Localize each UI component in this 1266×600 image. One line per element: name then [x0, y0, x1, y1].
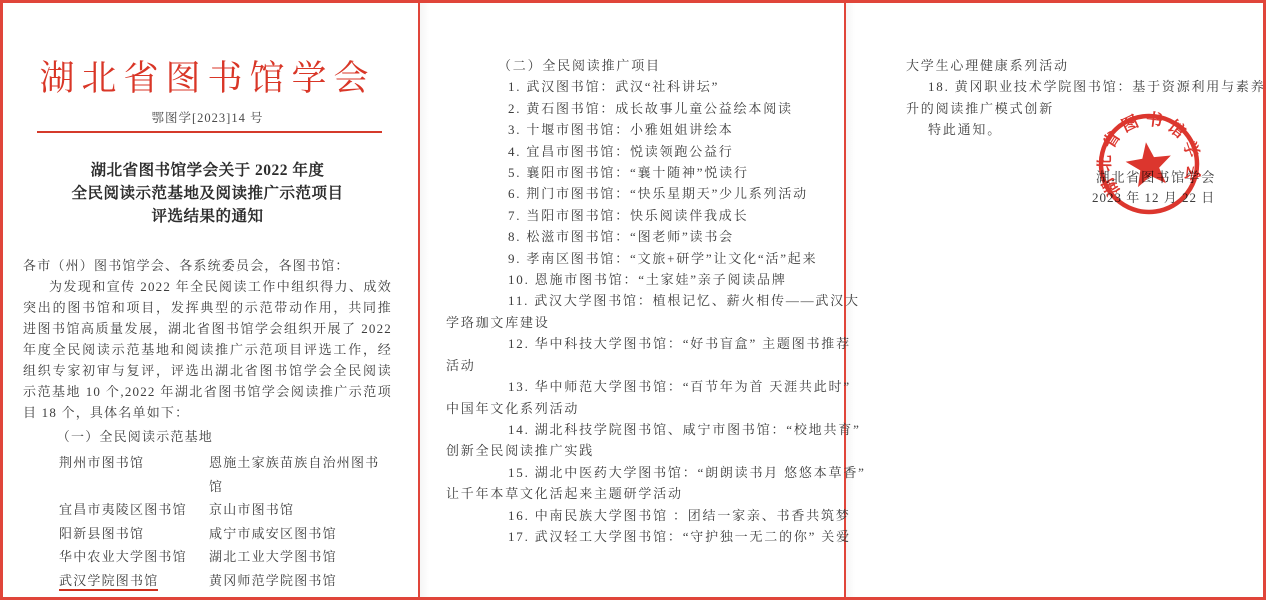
- project-line: 11. 武汉大学图书馆：植根记忆、薪火相传——武汉大: [446, 290, 822, 311]
- document-date: 2023 年 12 月 22 日: [906, 188, 1242, 208]
- base-row: 华中农业大学图书馆 湖北工业大学图书馆: [23, 545, 392, 569]
- closing-line: 特此通知。: [906, 119, 1242, 140]
- page-2: （二）全民阅读推广项目 1. 武汉图书馆：武汉“社科讲坛” 2. 黄石图书馆：成…: [420, 3, 844, 597]
- project-line-continuation: 创新全民阅读推广实践: [446, 440, 822, 461]
- project-line-continuation: 升的阅读推广模式创新: [906, 98, 1242, 119]
- base-name: 咸宁市咸安区图书馆: [209, 522, 392, 546]
- signature: 湖北省图书馆学会: [906, 168, 1242, 188]
- section-2-heading: （二）全民阅读推广项目: [446, 55, 822, 76]
- base-name: 京山市图书馆: [209, 498, 392, 522]
- project-line: 1. 武汉图书馆：武汉“社科讲坛”: [446, 76, 822, 97]
- base-name: 宜昌市夷陵区图书馆: [59, 498, 209, 522]
- project-line-continuation: 学珞珈文库建设: [446, 312, 822, 333]
- doc-number: 鄂图学[2023]14 号: [23, 108, 392, 126]
- base-row: 武汉学院图书馆 黄冈师范学院图书馆: [23, 569, 392, 593]
- section-1-heading: （一）全民阅读示范基地: [23, 426, 392, 448]
- base-name: 荆州市图书馆: [59, 451, 209, 498]
- highlighted-library: 武汉学院图书馆: [59, 569, 209, 593]
- project-line: 16. 中南民族大学图书馆 ：团结一家亲、书香共筑梦: [446, 505, 822, 526]
- project-line: 9. 孝南区图书馆：“文旅+研学”让文化“活”起来: [446, 248, 822, 269]
- base-row: 荆州市图书馆 恩施土家族苗族自治州图书馆: [23, 451, 392, 498]
- project-line: 2. 黄石图书馆：成长故事儿童公益绘本阅读: [446, 98, 822, 119]
- project-line: 12. 华中科技大学图书馆：“好书盲盒” 主题图书推荐: [446, 333, 822, 354]
- org-title: 湖北省图书馆学会: [23, 51, 392, 101]
- project-line-continuation: 让千年本草文化活起来主题研学活动: [446, 483, 822, 504]
- project-line: 10. 恩施市图书馆：“土家娃”亲子阅读品牌: [446, 269, 822, 290]
- project-line: 5. 襄阳市图书馆：“襄十随神”悦读行: [446, 162, 822, 183]
- notice-title-line-1: 湖北省图书馆学会关于 2022 年度: [23, 159, 392, 182]
- project-line-continuation: 活动: [446, 355, 822, 376]
- notice-title-line-2: 全民阅读示范基地及阅读推广示范项目: [23, 182, 392, 205]
- project-line: 13. 华中师范大学图书馆：“百节年为首 天涯共此时”: [446, 376, 822, 397]
- base-name: 华中农业大学图书馆: [59, 545, 209, 569]
- base-row: 宜昌市夷陵区图书馆 京山市图书馆: [23, 498, 392, 522]
- project-line: 7. 当阳市图书馆：快乐阅读伴我成长: [446, 205, 822, 226]
- project-line-continuation: 中国年文化系列活动: [446, 398, 822, 419]
- project-line: 6. 荆门市图书馆：“快乐星期天”少儿系列活动: [446, 183, 822, 204]
- notice-title-line-3: 评选结果的通知: [23, 205, 392, 228]
- base-list: 荆州市图书馆 恩施土家族苗族自治州图书馆 宜昌市夷陵区图书馆 京山市图书馆 阳新…: [23, 451, 392, 592]
- base-name: 湖北工业大学图书馆: [209, 545, 392, 569]
- base-name: 阳新县图书馆: [59, 522, 209, 546]
- document-canvas: 湖北省图书馆学会 鄂图学[2023]14 号 湖北省图书馆学会关于 2022 年…: [0, 0, 1266, 600]
- project-line: 17. 武汉轻工大学图书馆：“守护独一无二的你” 关爱: [446, 526, 822, 547]
- notice-title: 湖北省图书馆学会关于 2022 年度 全民阅读示范基地及阅读推广示范项目 评选结…: [23, 159, 392, 228]
- project-line: 18. 黄冈职业技术学院图书馆：基于资源利用与素养提: [906, 76, 1242, 97]
- page-3: 大学生心理健康系列活动 18. 黄冈职业技术学院图书馆：基于资源利用与素养提 升…: [846, 3, 1266, 597]
- project-line: 3. 十堰市图书馆：小雅姐姐讲绘本: [446, 119, 822, 140]
- project-line: 14. 湖北科技学院图书馆、咸宁市图书馆：“校地共育”: [446, 419, 822, 440]
- project-line: 15. 湖北中医药大学图书馆：“朗朗读书月 悠悠本草香”: [446, 462, 822, 483]
- base-row: 阳新县图书馆 咸宁市咸安区图书馆: [23, 522, 392, 546]
- page-1: 湖北省图书馆学会 鄂图学[2023]14 号 湖北省图书馆学会关于 2022 年…: [3, 3, 418, 597]
- salutation: 各市（州）图书馆学会、各系统委员会，各图书馆：: [23, 255, 392, 276]
- header-rule: [37, 131, 382, 133]
- intro-paragraph: 为发现和宣传 2022 年全民阅读工作中组织得力、成效突出的图书馆和项目，发挥典…: [23, 276, 392, 423]
- base-name: 黄冈师范学院图书馆: [209, 569, 392, 593]
- project-line: 4. 宜昌市图书馆：悦读领跑公益行: [446, 141, 822, 162]
- base-name: 恩施土家族苗族自治州图书馆: [209, 451, 392, 498]
- project-line-continuation: 大学生心理健康系列活动: [906, 55, 1242, 76]
- project-line: 8. 松滋市图书馆：“图老师”读书会: [446, 226, 822, 247]
